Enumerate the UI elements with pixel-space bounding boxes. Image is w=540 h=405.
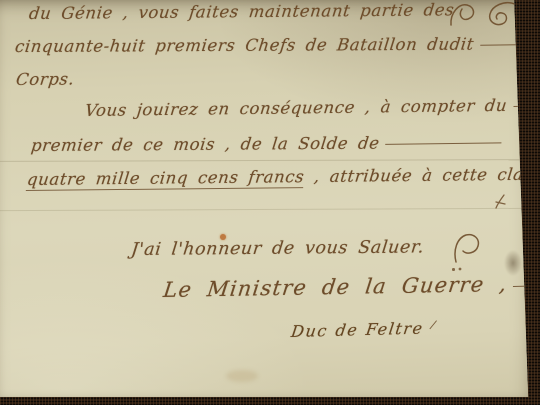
curl-flourish-icon xyxy=(486,0,518,28)
ink-rule xyxy=(429,320,437,329)
ink-rule xyxy=(385,142,501,145)
letter-line-4-text: Vous jouirez en conséquence , à compter … xyxy=(84,96,508,120)
letter-line-3: Corps. xyxy=(15,69,76,89)
letter-paper: du Génie , vous faites maintenant partie… xyxy=(0,0,540,405)
paper-crease xyxy=(0,159,529,162)
letter-line-2-text: cinquante-huit premiers Chefs de Bataill… xyxy=(14,35,475,56)
tick-flourish-icon xyxy=(494,194,508,210)
faint-stain xyxy=(226,370,258,382)
minister-text: Le Ministre de la Guerre , xyxy=(162,272,509,302)
orange-stain xyxy=(220,234,226,240)
letter-line-5-text: premier de ce mois , de la Solde de xyxy=(30,134,381,155)
edge-smudge-stain xyxy=(504,250,522,276)
minister-line: Le Ministre de la Guerre , xyxy=(162,271,540,302)
paper-crease xyxy=(0,208,529,211)
paraph-flourish-icon xyxy=(452,232,482,272)
closing-text: J'ai l'honneur de vous Saluer. xyxy=(130,237,425,260)
signature-line: Duc de Feltre xyxy=(290,318,439,341)
ink-rule xyxy=(480,44,522,46)
letter-line-6: quatre mille cinq cens francs , attribué… xyxy=(26,164,540,189)
letter-line-1: du Génie , vous faites maintenant partie… xyxy=(28,0,455,23)
letter-line-4: Vous jouirez en conséquence , à compter … xyxy=(84,95,540,120)
letter-line-6-rest-text: , attribuée à cette classe. xyxy=(303,164,540,186)
photo-backdrop: du Génie , vous faites maintenant partie… xyxy=(0,0,540,405)
signature-text: Duc de Feltre xyxy=(290,319,425,341)
letter-line-1-text: du Génie , vous faites maintenant partie… xyxy=(28,0,455,23)
ink-dot xyxy=(452,268,455,271)
s-curl-flourish-icon xyxy=(449,1,483,29)
letter-line-5: premier de ce mois , de la Solde de xyxy=(30,133,503,155)
letter-line-2: cinquante-huit premiers Chefs de Bataill… xyxy=(14,34,523,56)
letter-line-6-underlined-text: quatre mille cinq cens francs xyxy=(26,167,306,191)
ink-rule xyxy=(513,285,539,287)
letter-line-3-text: Corps. xyxy=(15,69,76,89)
ink-rule xyxy=(513,105,540,107)
closing-line: J'ai l'honneur de vous Saluer. xyxy=(130,237,425,260)
